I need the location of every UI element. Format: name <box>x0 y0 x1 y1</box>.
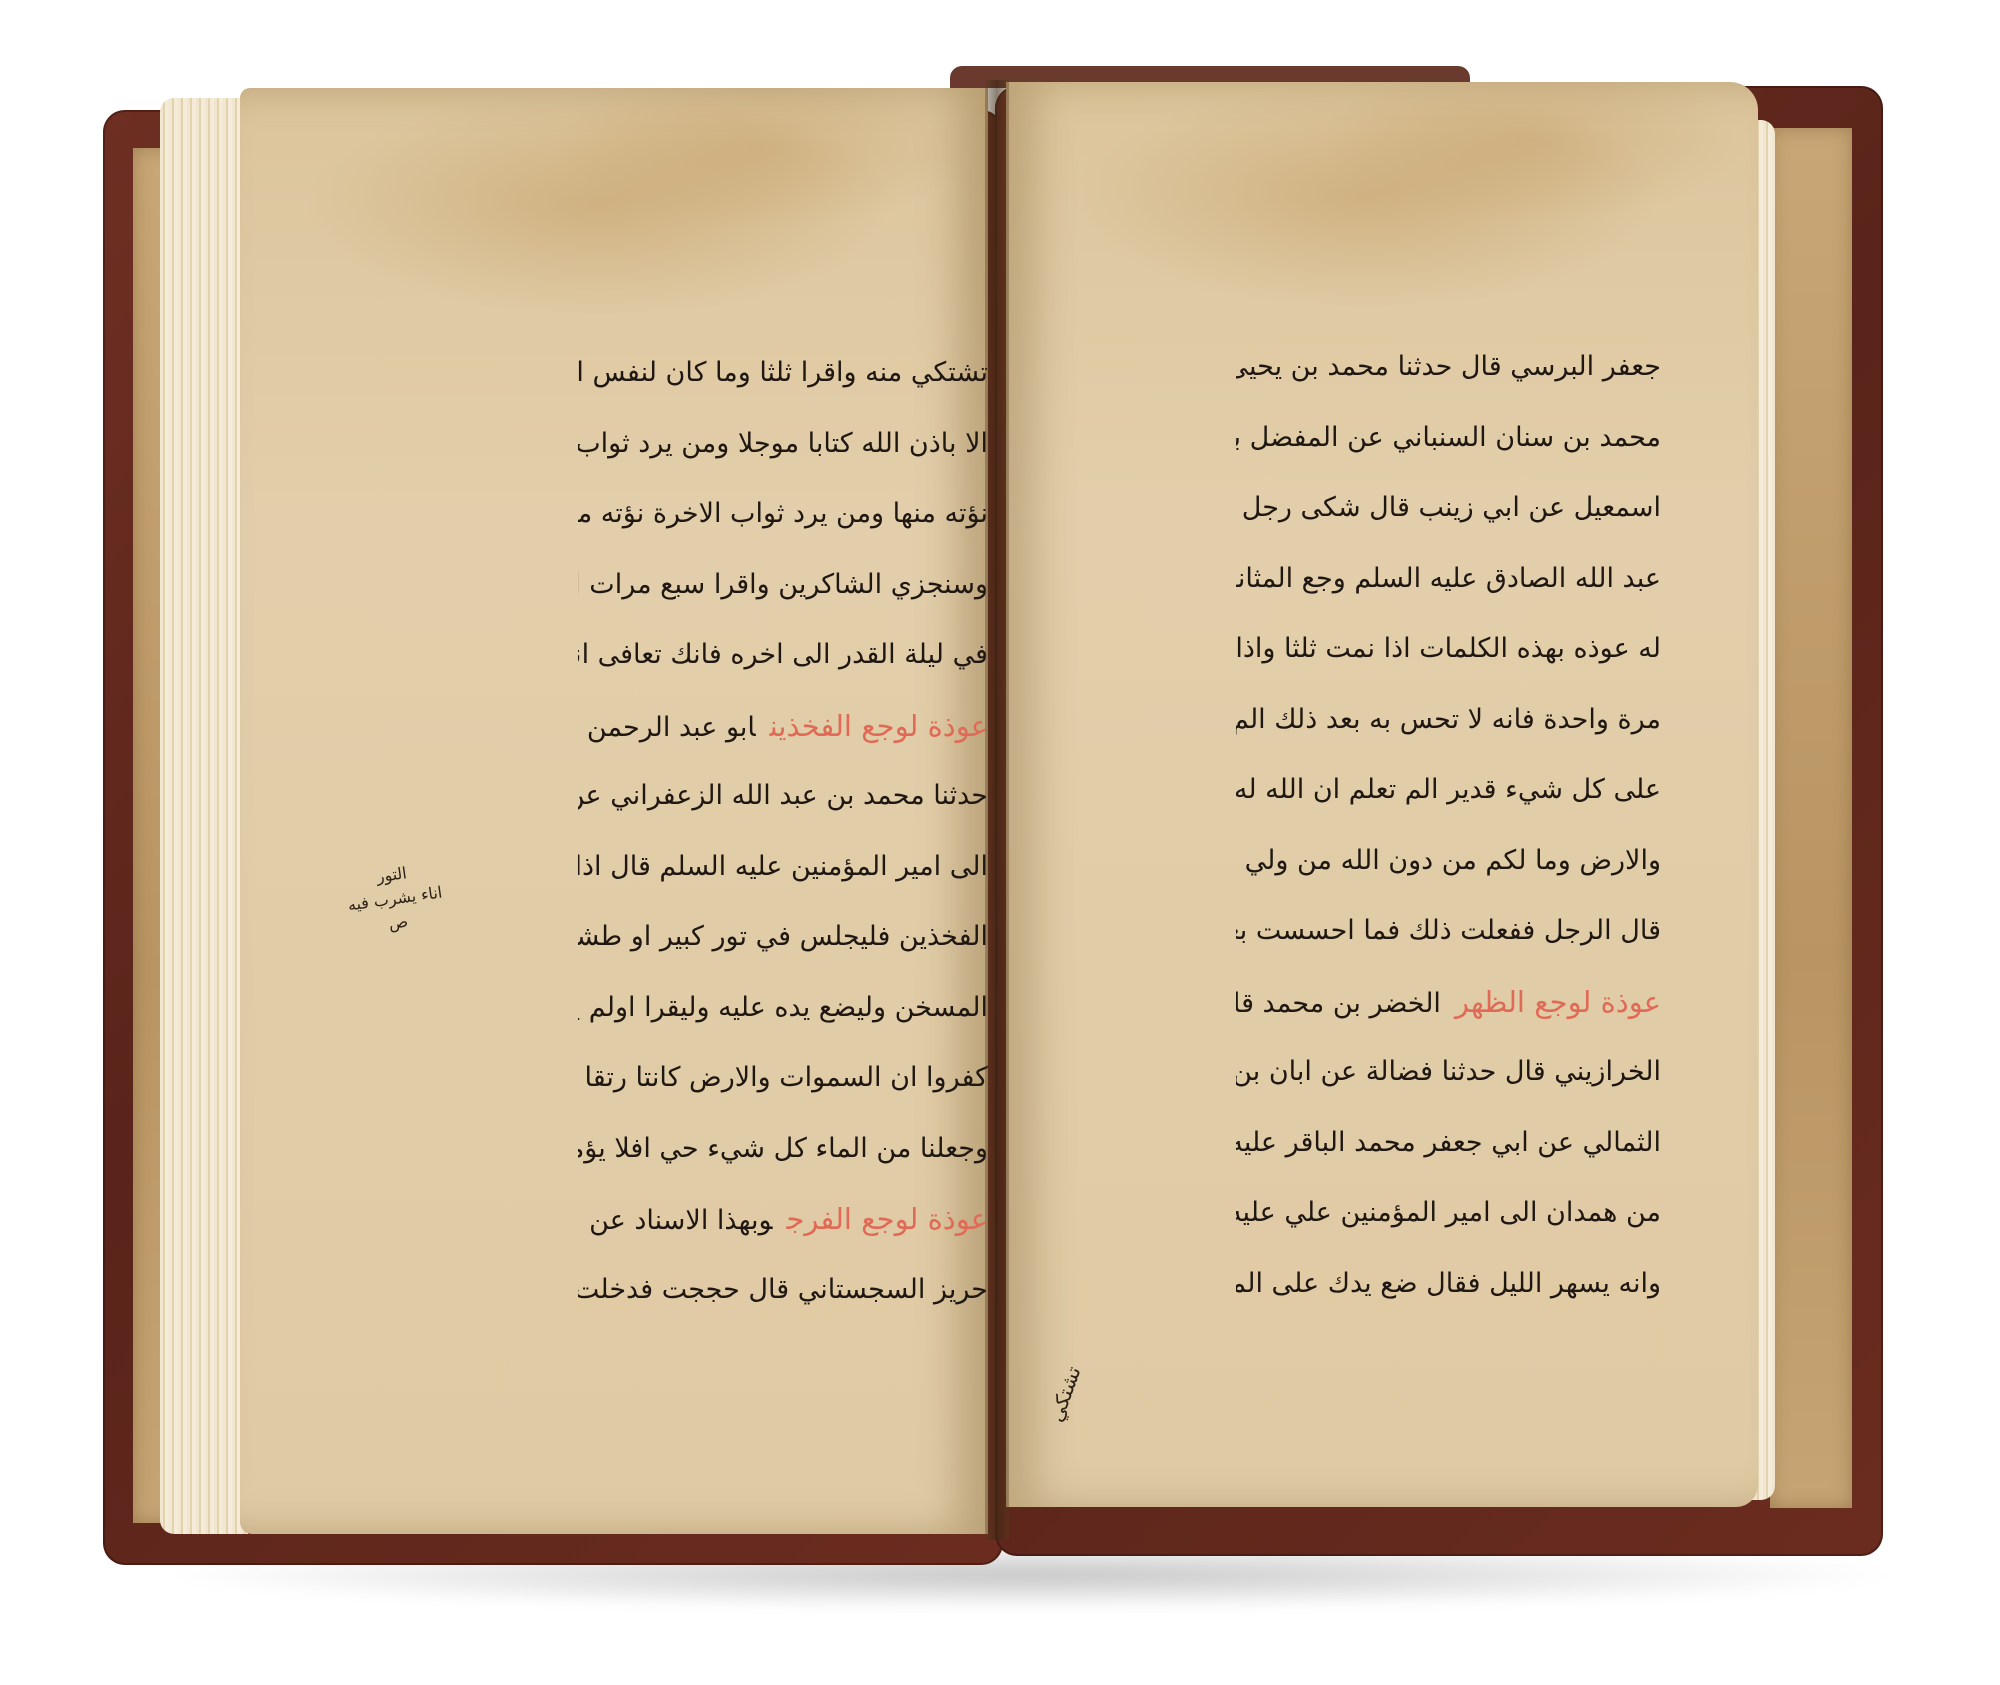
text-line: الا باذن الله كتابا موجلا ومن يرد ثواب ا… <box>578 409 988 480</box>
page-block-edges-left <box>160 98 248 1534</box>
text-line: اسمعيل عن ابي زينب قال شكى رجل من اخوانن… <box>1236 473 1661 544</box>
text-line: الثمالي عن ابي جعفر محمد الباقر عليه الس… <box>1236 1108 1661 1179</box>
rubric-heading: عوذة لوجع الفرج <box>787 1202 989 1236</box>
text-line: وسنجزي الشاكرين واقرا سبع مرات انا انزلن… <box>578 550 988 621</box>
text-line: في ليلة القدر الى اخره فانك تعافى انشاء … <box>578 620 988 691</box>
text-line: الفخذين فليجلس في تور كبير او طشت في الم… <box>578 902 988 973</box>
text-line: نؤته منها ومن يرد ثواب الاخرة نؤته منها <box>578 479 988 550</box>
text-line: على كل شيء قدير الم تعلم ان الله له ملك … <box>1236 755 1661 826</box>
manuscript-page-right: جعفر البرسي قال حدثنا محمد بن يحيى الارم… <box>1006 82 1758 1507</box>
text-line: تشتكي منه واقرا ثلثا وما كان لنفس ان تمو… <box>578 338 988 409</box>
rubric-heading: عوذة لوجع الظهر <box>1455 985 1661 1019</box>
text-line-with-rubric: عوذة لوجع الظهرالخضر بن محمد قال حدثنا <box>1236 967 1661 1038</box>
text-line: مرة واحدة فانه لا تحس به بعد ذلك الم تعل… <box>1236 685 1661 756</box>
text-line: حدثنا محمد بن عبد الله الزعفراني عن حماد… <box>578 761 988 832</box>
text-line: وانه يسهر الليل فقال ضع يدك على الموضع ا… <box>1236 1249 1661 1320</box>
text-line: عبد الله الصادق عليه السلم وجع المثانة ق… <box>1236 544 1661 615</box>
text-line-with-rubric: عوذة لوجع الفرجوبهذا الاسناد عن <box>578 1184 988 1255</box>
manuscript-page-left: تشتكي منه واقرا ثلثا وما كان لنفس ان تمو… <box>240 88 988 1534</box>
text-line: الخرازيني قال حدثنا فضالة عن ابان بن عثم… <box>1236 1037 1661 1108</box>
text-block-right: جعفر البرسي قال حدثنا محمد بن يحيى الارم… <box>1236 332 1661 1319</box>
text-block-left: تشتكي منه واقرا ثلثا وما كان لنفس ان تمو… <box>578 338 988 1325</box>
text-line: قال الرجل ففعلت ذلك فما احسست بعد ذلك به… <box>1236 896 1661 967</box>
marginal-note: التور اناء يشرب فيه ص <box>336 856 455 943</box>
text-line: كفروا ان السموات والارض كانتا رتقا ففتقن… <box>578 1043 988 1114</box>
text-line: والارض وما لكم من دون الله من ولي ولا نص… <box>1236 826 1661 897</box>
text-line: الى امير المؤمنين عليه السلم قال اذا اشت… <box>578 832 988 903</box>
text-line: وجعلنا من الماء كل شيء حي افلا يؤمنون <box>578 1114 988 1185</box>
text-line-with-rubric: عوذة لوجع الفخذينابو عبد الرحمن الكاتب ق… <box>578 691 988 762</box>
text-line: جعفر البرسي قال حدثنا محمد بن يحيى الارم… <box>1236 332 1661 403</box>
catchword: تشتكي <box>1044 1363 1086 1425</box>
text-line: له عوذه بهذه الكلمات اذا نمت ثلثا واذا ا… <box>1236 614 1661 685</box>
rubric-heading: عوذة لوجع الفخذين <box>770 709 988 743</box>
book-gutter <box>985 80 1009 1540</box>
text-line: المسخن وليضع يده عليه وليقرا اولم ير الذ… <box>578 973 988 1044</box>
text-line: حريز السجستاني قال حججت فدخلت على ابي عب… <box>578 1255 988 1326</box>
text-line: من همدان الى امير المؤمنين علي عليه السل… <box>1236 1178 1661 1249</box>
pastedown-right <box>1770 128 1852 1508</box>
text-line: محمد بن سنان السنباني عن المفضل بن عمر و… <box>1236 403 1661 474</box>
